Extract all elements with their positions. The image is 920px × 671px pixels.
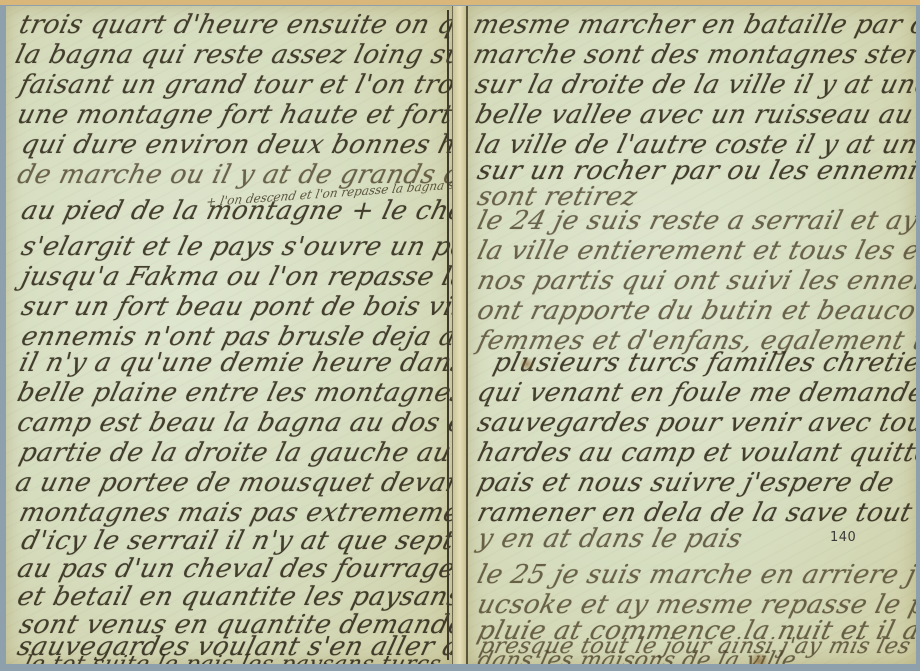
manuscript-spread: trois quart d'heure ensuite on quitte la… xyxy=(0,0,920,671)
right-line-2: marche sont des montagnes steriles mais xyxy=(470,40,916,70)
left-line-18: d'icy le serrail il n'y at que sept heur… xyxy=(18,526,455,556)
right-line-8: le 24 je suis reste a serrail et ay brus… xyxy=(474,206,916,236)
right-line-1: mesme marcher en bataille par ou je suis xyxy=(470,10,916,40)
left-line-14: camp est beau la bagna au dos et d'une xyxy=(14,408,455,438)
right-line-20: le 25 je suis marche en arriere jusqu'a xyxy=(474,560,916,590)
right-line-10: nos partis qui ont suivi les ennemis xyxy=(474,266,916,296)
right-line-4: belle vallee avec un ruisseau au bout de xyxy=(472,100,916,130)
left-line-9: jusqu'a Fakma ou l'on repasse la bagna xyxy=(18,262,455,292)
left-line-16: a une portee de mousquet devant des xyxy=(12,468,455,498)
book-gutter xyxy=(452,6,467,664)
right-line-16: hardes au camp et voulant quitter le xyxy=(474,438,916,468)
left-line-8: s'elargit et le pays s'ouvre un peu, xyxy=(18,232,455,262)
left-line-5: qui dure environ deux bonnes heures xyxy=(18,130,455,160)
left-line-12: il n'y a qu'une demie heure dans une xyxy=(16,348,455,378)
right-line-13: plusieurs turcs familles chretiens xyxy=(490,348,916,378)
right-line-3: sur la droite de la ville il y at une fo… xyxy=(472,70,916,100)
left-line-7: au pied de la montagne + le chemin xyxy=(18,196,455,226)
scan-bottom-edge xyxy=(0,664,920,671)
left-line-23: le tot suite le pais les paysans turcs xyxy=(21,652,444,664)
right-line-17: pais et nous suivre j'espere de xyxy=(474,468,897,498)
left-line-10: sur un fort beau pont de bois vis les xyxy=(18,292,455,322)
left-binding-rule xyxy=(447,10,449,660)
left-line-3: faisant un grand tour et l'on trouve xyxy=(16,70,455,100)
left-line-19: au pas d'un cheval des fourrage grains xyxy=(14,554,455,584)
right-line-19: y en at dans le pais xyxy=(474,524,745,554)
right-line-15: sauvegardes pour venir avec toutes leurs xyxy=(474,408,916,438)
left-line-17: montagnes mais pas extremement hautes xyxy=(16,498,455,528)
left-line-15: partie de la droite la gauche au village xyxy=(16,438,455,468)
right-line-11: ont rapporte du butin et beaucoup de xyxy=(474,296,916,326)
ink-stain xyxy=(518,358,536,370)
left-line-1: trois quart d'heure ensuite on quitte xyxy=(16,10,455,40)
right-line-14: qui venant en foule me demander des xyxy=(474,378,916,408)
right-line-9: la ville entierement et tous les environ… xyxy=(474,236,916,266)
folio-number: 140 xyxy=(830,530,856,545)
right-page: mesme marcher en bataille par ou je suis… xyxy=(466,6,916,664)
left-line-2: la bagna qui reste assez loing sur la dr… xyxy=(12,40,455,70)
left-line-20: et betail en quantite les paysans chreti… xyxy=(14,582,455,612)
left-line-13: belle plaine entre les montagnes; le xyxy=(14,378,455,408)
left-line-4: une montagne fort haute et fort mauvaise xyxy=(14,100,455,130)
ink-blot xyxy=(746,654,772,664)
left-page: trois quart d'heure ensuite on quitte la… xyxy=(6,6,455,664)
